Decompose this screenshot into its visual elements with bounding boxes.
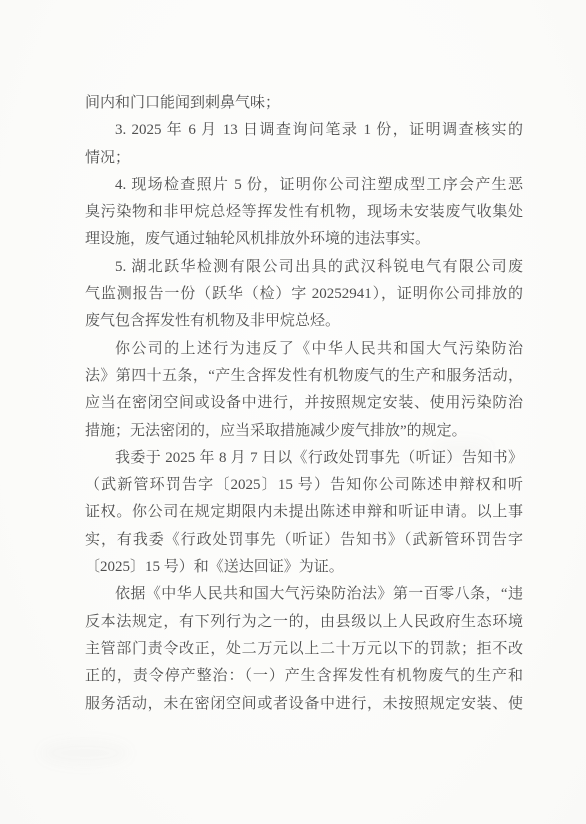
document-text-line: 3. 2025 年 6 月 13 日调查询问笔录 1 份，证明调查核实的	[85, 117, 523, 144]
document-text-line: 情况；	[85, 145, 523, 172]
document-text-line: 法》第四十五条，“产生含挥发性有机物废气的生产和服务活动，	[85, 363, 523, 390]
document-text-line: 证权。你公司在规定期限内未提出陈述申辩和听证申请。以上事	[85, 499, 523, 526]
document-body: 间内和门口能闻到刺鼻气味；3. 2025 年 6 月 13 日调查询问笔录 1 …	[85, 90, 523, 718]
document-text-line: 〔2025〕15 号）和《送达回证》为证。	[85, 554, 523, 581]
document-text-line: 理设施，废气通过轴轮风机排放外环境的违法事实。	[85, 226, 523, 253]
document-text-line: 4. 现场检查照片 5 份，证明你公司注塑成型工序会产生恶	[85, 172, 523, 199]
document-text-line: 依据《中华人民共和国大气污染防治法》第一百零八条，“违	[85, 581, 523, 608]
document-text-line: 废气包含挥发性有机物及非甲烷总烃。	[85, 308, 523, 335]
document-text-line: 5. 湖北跃华检测有限公司出具的武汉科锐电气有限公司废	[85, 254, 523, 281]
document-text-line: 气监测报告一份（跃华（检）字 20252941），证明你公司排放的	[85, 281, 523, 308]
document-text-line: 我委于 2025 年 8 月 7 日以《行政处罚事先（听证）告知书》	[85, 445, 523, 472]
document-text-line: 你公司的上述行为违反了《中华人民共和国大气污染防治	[85, 336, 523, 363]
document-text-line: 间内和门口能闻到刺鼻气味；	[85, 90, 523, 117]
document-text-line: 正的，责令停产整治：（一）产生含挥发性有机物废气的生产和	[85, 663, 523, 690]
document-text-line: （武新管环罚告字〔2025〕15 号）告知你公司陈述申辩权和听	[85, 472, 523, 499]
document-text-line: 反本法规定，有下列行为之一的，由县级以上人民政府生态环境	[85, 609, 523, 636]
document-text-line: 服务活动，未在密闭空间或者设备中进行，未按照规定安装、使	[85, 691, 523, 718]
scanned-document-page: 间内和门口能闻到刺鼻气味；3. 2025 年 6 月 13 日调查询问笔录 1 …	[0, 0, 586, 824]
document-text-line: 应当在密闭空间或设备中进行，并按照规定安装、使用污染防治	[85, 390, 523, 417]
document-text-line: 主管部门责令改正，处二万元以上二十万元以下的罚款；拒不改	[85, 636, 523, 663]
document-text-line: 实，有我委《行政处罚事先（听证）告知书》（武新管环罚告字	[85, 527, 523, 554]
document-text-line: 措施；无法密闭的，应当采取措施减少废气排放”的规定。	[85, 418, 523, 445]
document-text-line: 臭污染物和非甲烷总烃等挥发性有机物，现场未安装废气收集处	[85, 199, 523, 226]
